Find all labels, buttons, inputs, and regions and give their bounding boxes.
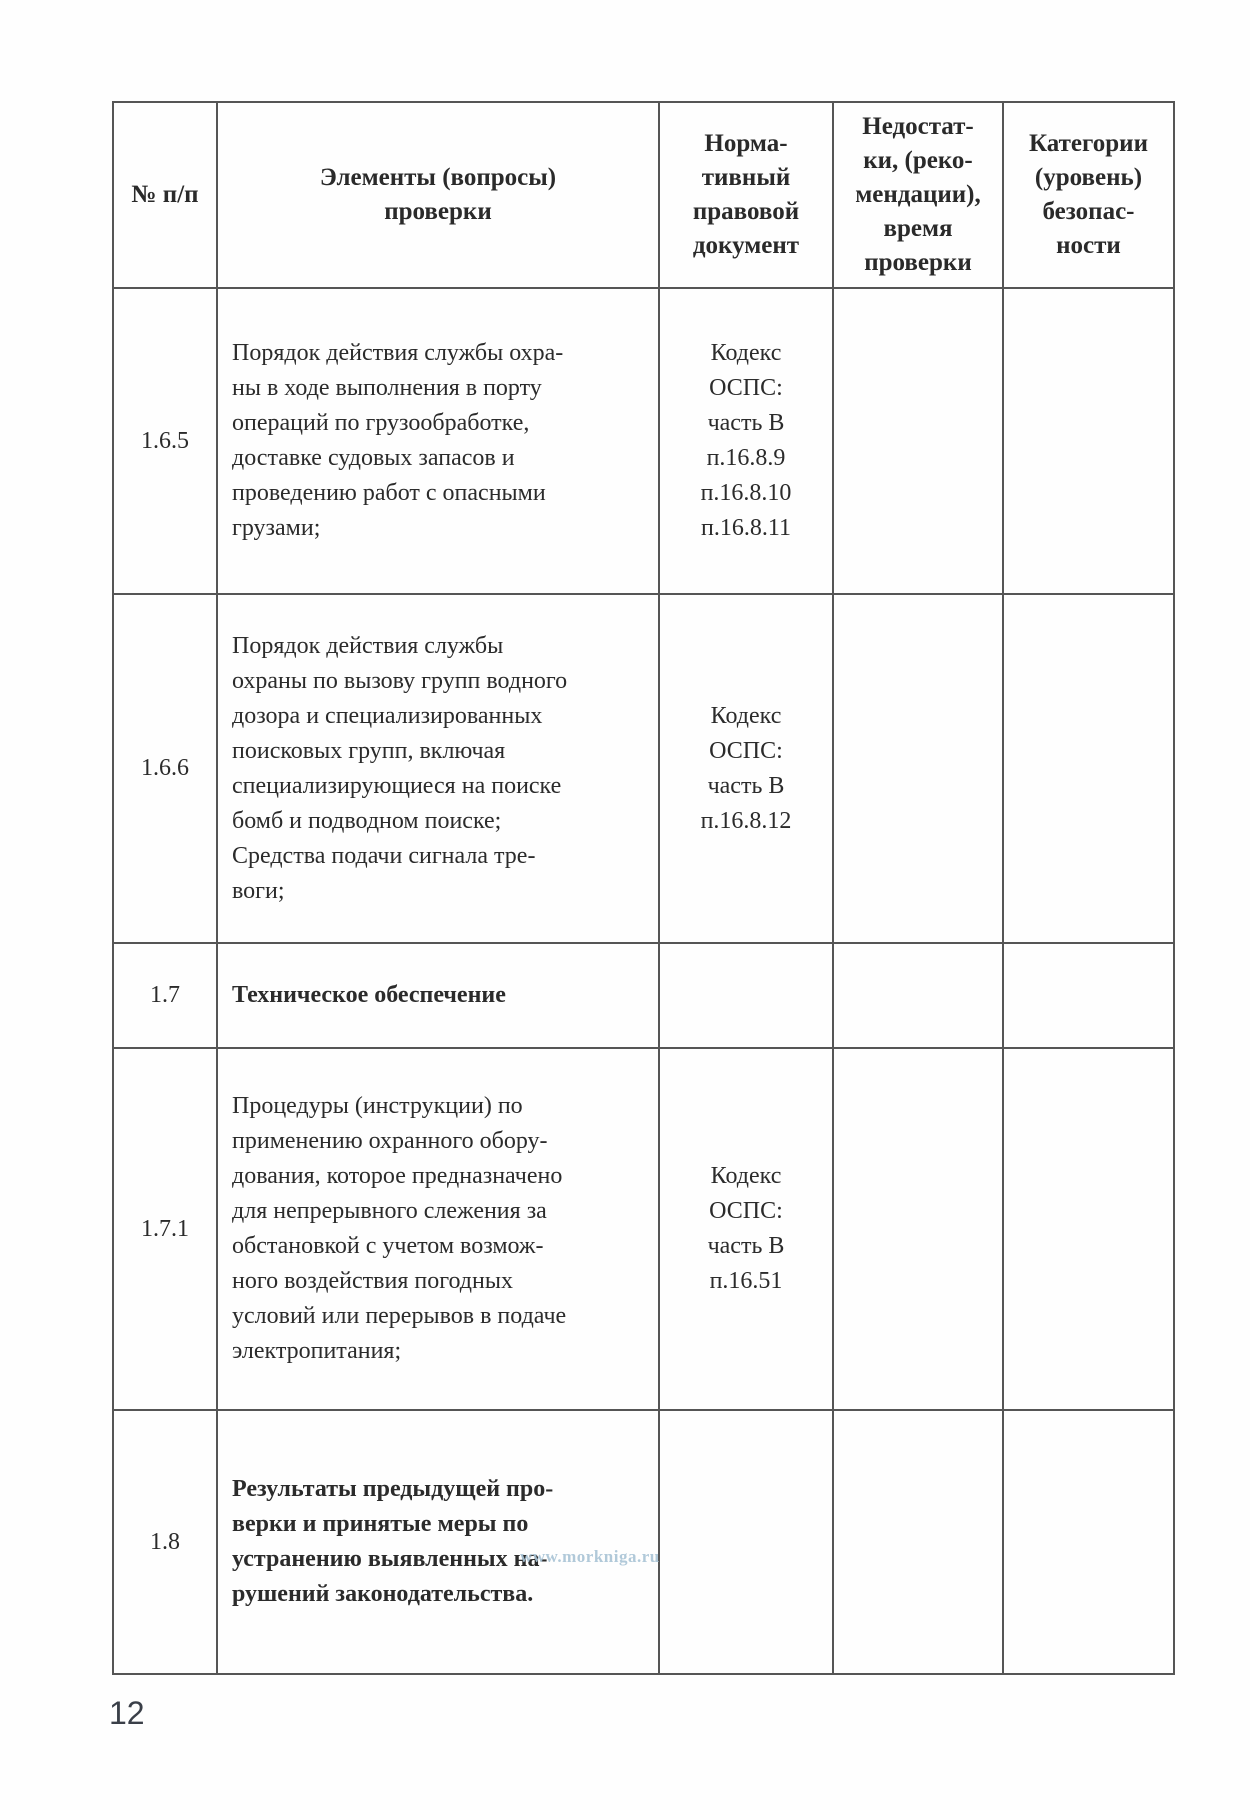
text-line: п.16.8.10 xyxy=(660,476,832,511)
normative-document: КодексОСПС:часть Вп.16.8.9п.16.8.10п.16.… xyxy=(659,288,833,594)
text-line: ного воздействия погодных xyxy=(232,1264,648,1299)
text-line: Элементы (вопросы) xyxy=(218,161,658,195)
header-deficiencies: Недостат-ки, (реко-мендации),времяпровер… xyxy=(833,102,1003,288)
deficiencies-cell xyxy=(833,943,1003,1048)
text-line: специализирующиеся на поиске xyxy=(232,769,648,804)
text-line: проверки xyxy=(218,195,658,229)
text-line: тивный xyxy=(660,161,832,195)
normative-document xyxy=(659,1410,833,1674)
table-row: 1.8Результаты предыдущей про-верки и при… xyxy=(113,1410,1174,1674)
text-line: Норма- xyxy=(660,127,832,161)
text-line: часть В xyxy=(660,406,832,441)
safety-category-cell xyxy=(1003,288,1174,594)
text-line: ОСПС: xyxy=(660,734,832,769)
header-normative-document: Норма-тивныйправовойдокумент xyxy=(659,102,833,288)
text-line: применению охранного обору- xyxy=(232,1124,648,1159)
text-line: обстановкой с учетом возмож- xyxy=(232,1229,648,1264)
text-line: проверки xyxy=(834,246,1002,280)
table-row: 1.6.6Порядок действия службыохраны по вы… xyxy=(113,594,1174,943)
text-line: Результаты предыдущей про- xyxy=(232,1472,648,1507)
text-line: Порядок действия службы xyxy=(232,629,648,664)
normative-document: КодексОСПС:часть Вп.16.51 xyxy=(659,1048,833,1410)
text-line: операций по грузообработке, xyxy=(232,406,648,441)
deficiencies-cell xyxy=(833,1048,1003,1410)
text-line: доставке судовых запасов и xyxy=(232,441,648,476)
text-line: дования, которое предназначено xyxy=(232,1159,648,1194)
inspection-element: Техническое обеспечение xyxy=(217,943,659,1048)
text-line: для непрерывного слежения за xyxy=(232,1194,648,1229)
text-line: Недостат- xyxy=(834,110,1002,144)
text-line: бомб и подводном поиске; xyxy=(232,804,648,839)
text-line: электропитания; xyxy=(232,1334,648,1369)
text-line: время xyxy=(834,212,1002,246)
text-line: ности xyxy=(1004,229,1173,263)
header-safety-category: Категории(уровень)безопас-ности xyxy=(1003,102,1174,288)
inspection-checklist-table: № п/п Элементы (вопросы)проверки Норма-т… xyxy=(112,101,1175,1675)
text-line: Кодекс xyxy=(660,699,832,734)
inspection-element: Порядок действия службы охра-ны в ходе в… xyxy=(217,288,659,594)
text-line: Кодекс xyxy=(660,1159,832,1194)
text-line: проведению работ с опасными xyxy=(232,476,648,511)
safety-category-cell xyxy=(1003,1410,1174,1674)
item-number: 1.6.6 xyxy=(113,594,217,943)
text-line: п.16.51 xyxy=(660,1264,832,1299)
table-row: 1.6.5Порядок действия службы охра-ны в х… xyxy=(113,288,1174,594)
text-line: ОСПС: xyxy=(660,1194,832,1229)
item-number: 1.7 xyxy=(113,943,217,1048)
text-line: ки, (реко- xyxy=(834,144,1002,178)
text-line: охраны по вызову групп водного xyxy=(232,664,648,699)
document-page: № п/п Элементы (вопросы)проверки Норма-т… xyxy=(0,0,1250,1810)
table-row: 1.7Техническое обеспечение xyxy=(113,943,1174,1048)
header-number: № п/п xyxy=(113,102,217,288)
text-line: ны в ходе выполнения в порту xyxy=(232,371,648,406)
text-line: верки и принятые меры по xyxy=(232,1507,648,1542)
text-line: Категории xyxy=(1004,127,1173,161)
text-line: документ xyxy=(660,229,832,263)
text-line: п.16.8.11 xyxy=(660,511,832,546)
text-line: № п/п xyxy=(114,178,216,212)
deficiencies-cell xyxy=(833,1410,1003,1674)
normative-document: КодексОСПС:часть Вп.16.8.12 xyxy=(659,594,833,943)
inspection-element: Процедуры (инструкции) поприменению охра… xyxy=(217,1048,659,1410)
text-line: рушений законодательства. xyxy=(232,1577,648,1612)
text-line: п.16.8.12 xyxy=(660,804,832,839)
page-number: 12 xyxy=(109,1695,145,1732)
text-line: Процедуры (инструкции) по xyxy=(232,1089,648,1124)
text-line: ОСПС: xyxy=(660,371,832,406)
text-line: грузами; xyxy=(232,511,648,546)
safety-category-cell xyxy=(1003,1048,1174,1410)
text-line: безопас- xyxy=(1004,195,1173,229)
text-line: Средства подачи сигнала тре- xyxy=(232,839,648,874)
text-line: поисковых групп, включая xyxy=(232,734,648,769)
item-number: 1.7.1 xyxy=(113,1048,217,1410)
inspection-element: Результаты предыдущей про-верки и принят… xyxy=(217,1410,659,1674)
item-number: 1.6.5 xyxy=(113,288,217,594)
safety-category-cell xyxy=(1003,594,1174,943)
text-line: Техническое обеспечение xyxy=(232,978,648,1013)
text-line: мендации), xyxy=(834,178,1002,212)
normative-document xyxy=(659,943,833,1048)
table-header-row: № п/п Элементы (вопросы)проверки Норма-т… xyxy=(113,102,1174,288)
text-line: часть В xyxy=(660,1229,832,1264)
text-line: (уровень) xyxy=(1004,161,1173,195)
header-elements: Элементы (вопросы)проверки xyxy=(217,102,659,288)
text-line: Кодекс xyxy=(660,336,832,371)
text-line: п.16.8.9 xyxy=(660,441,832,476)
table-row: 1.7.1Процедуры (инструкции) поприменению… xyxy=(113,1048,1174,1410)
deficiencies-cell xyxy=(833,594,1003,943)
watermark: www.morkniga.ru xyxy=(520,1547,660,1567)
text-line: воги; xyxy=(232,874,648,909)
text-line: Порядок действия службы охра- xyxy=(232,336,648,371)
safety-category-cell xyxy=(1003,943,1174,1048)
text-line: правовой xyxy=(660,195,832,229)
item-number: 1.8 xyxy=(113,1410,217,1674)
text-line: условий или перерывов в подаче xyxy=(232,1299,648,1334)
text-line: часть В xyxy=(660,769,832,804)
text-line: дозора и специализированных xyxy=(232,699,648,734)
inspection-element: Порядок действия службыохраны по вызову … xyxy=(217,594,659,943)
deficiencies-cell xyxy=(833,288,1003,594)
